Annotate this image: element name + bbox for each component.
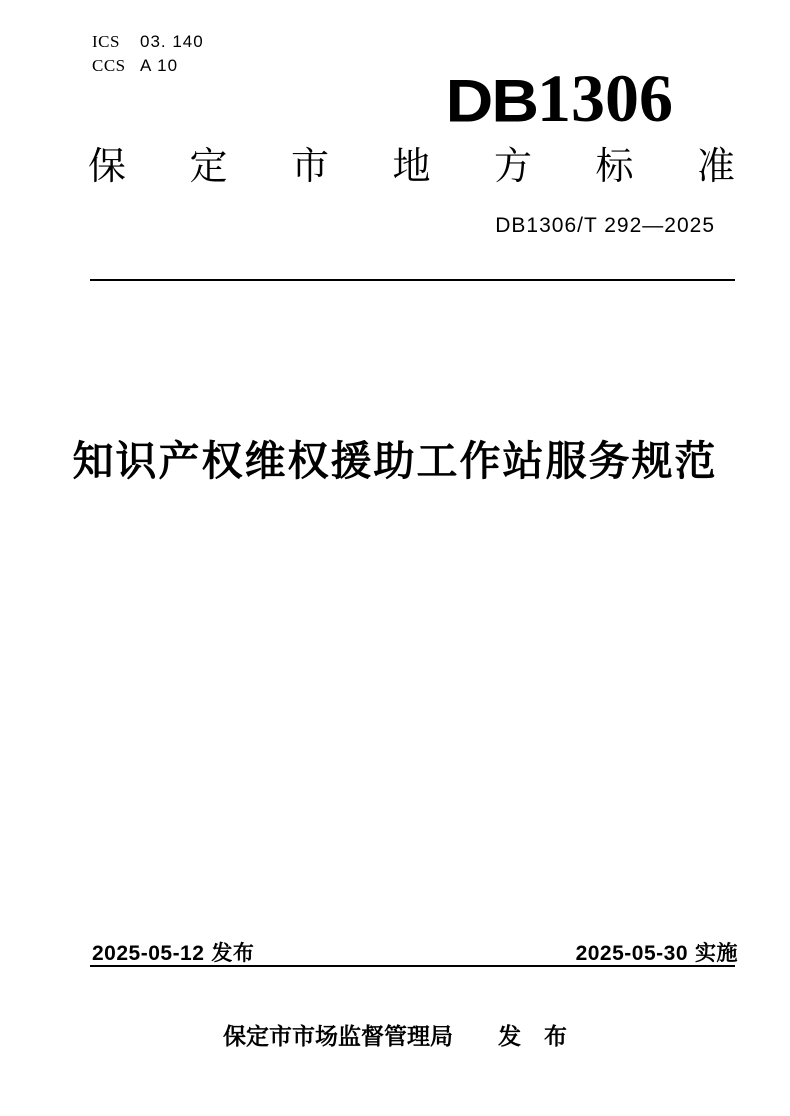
ics-row: ICS 03. 140 [92,30,204,54]
issue-date: 2025-05-12 [92,942,204,966]
dates-row: 2025-05-12 发布 2025-05-30 实施 [92,937,738,967]
implement-label: 实施 [695,937,738,967]
standard-type-line: 保定市地方标准 [88,146,735,188]
standard-cover-page: ICS 03. 140 CCS A 10 DB1306 保定市地方标准 DB13… [0,0,790,1116]
issue-date-item: 2025-05-12 发布 [92,937,254,967]
classification-codes: ICS 03. 140 CCS A 10 [92,30,204,78]
ccs-label: CCS [92,54,126,78]
db-logo-number: 1306 [537,70,673,126]
standard-number: DB1306/T 292—2025 [495,214,715,238]
publish-label: 发 布 [498,1018,567,1051]
header-rule [90,279,735,281]
ccs-row: CCS A 10 [92,54,204,78]
ics-code: 03. 140 [140,30,204,54]
db-logo-prefix: DB [446,74,537,126]
publisher-row: 保定市市场监督管理局 发 布 [0,1018,790,1051]
document-title: 知识产权维权援助工作站服务规范 [0,428,790,487]
footer-rule [90,965,735,967]
db-logo: DB1306 [446,70,673,126]
ics-label: ICS [92,30,126,54]
implement-date-item: 2025-05-30 实施 [576,937,738,967]
ccs-code: A 10 [140,54,178,78]
publisher-name: 保定市市场监督管理局 [223,1018,453,1051]
issue-label: 发布 [211,937,254,967]
implement-date: 2025-05-30 [576,942,688,966]
